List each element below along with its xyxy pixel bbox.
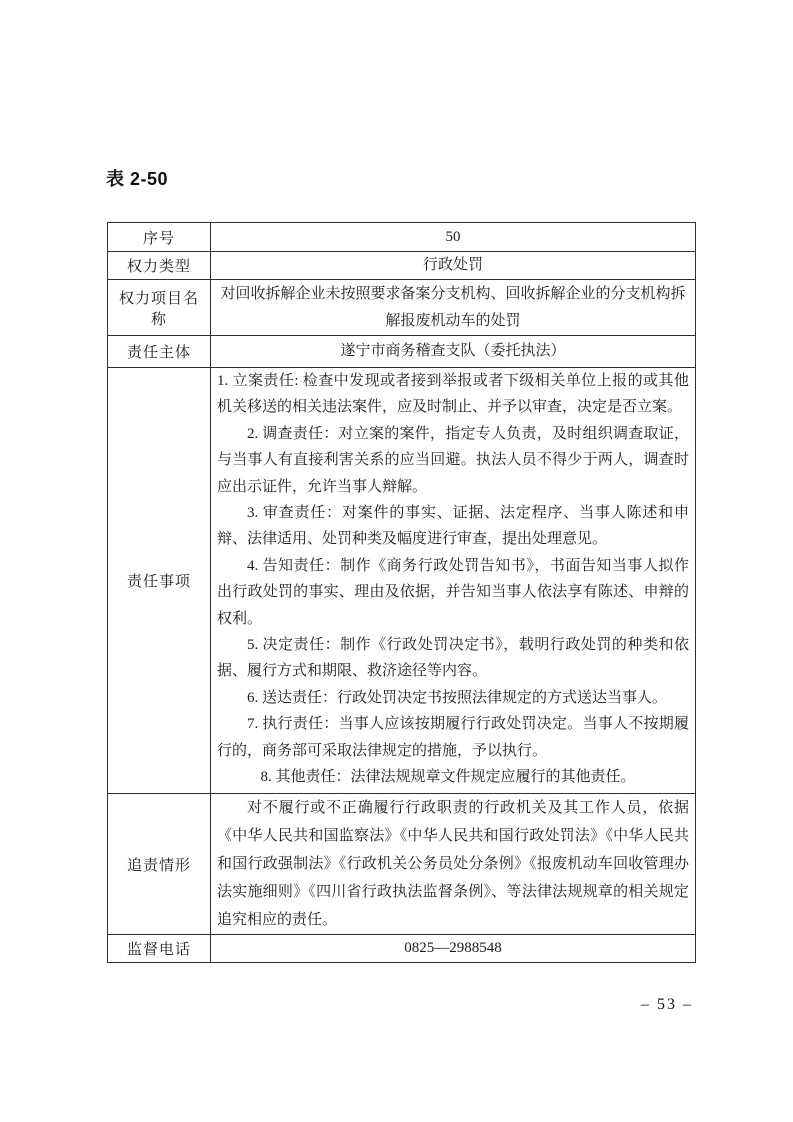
duty-item-3: 3. 审查责任：对案件的事实、证据、法定程序、当事人陈述和申辩、法律适用、处罚种…	[217, 500, 689, 553]
table-row-accountability: 追责情形 对不履行或不正确履行行政职责的行政机关及其工作人员，依据《中华人民共和…	[108, 794, 696, 935]
responsible-entity-value: 遂宁市商务稽查支队（委托执法）	[211, 336, 696, 368]
row-label-power-type: 权力类型	[108, 252, 211, 280]
duty-item-7: 7. 执行责任：当事人应该按期履行行政处罚决定。当事人不按期履行的，商务部可采取…	[217, 711, 689, 764]
serial-value: 50	[211, 223, 696, 252]
row-label-accountability: 追责情形	[108, 794, 211, 935]
power-responsibility-table: 序号 50 权力类型 行政处罚 权力项目名称 对回收拆解企业未按照要求备案分支机…	[107, 222, 696, 963]
table-caption: 表 2-50	[106, 165, 168, 191]
accountability-cell: 对不履行或不正确履行行政职责的行政机关及其工作人员，依据《中华人民共和国监察法》…	[211, 794, 696, 935]
table-row-duty-items: 责任事项 1. 立案责任: 检查中发现或者接到举报或者下级相关单位上报的或其他机…	[108, 368, 696, 794]
row-label-power-item-name: 权力项目名称	[108, 280, 211, 336]
table-row-serial: 序号 50	[108, 223, 696, 252]
page-number: – 53 –	[641, 996, 693, 1014]
power-type-value: 行政处罚	[211, 252, 696, 280]
duty-item-8: 8. 其他责任：法律法规规章文件规定应履行的其他责任。	[217, 764, 689, 790]
row-label-serial: 序号	[108, 223, 211, 252]
duty-items-cell: 1. 立案责任: 检查中发现或者接到举报或者下级相关单位上报的或其他机关移送的相…	[211, 368, 696, 794]
duty-item-5: 5. 决定责任：制作《行政处罚决定书》，载明行政处罚的种类和依据、履行方式和期限…	[217, 632, 689, 685]
power-item-name-value: 对回收拆解企业未按照要求备案分支机构、回收拆解企业的分支机构拆解报废机动车的处罚	[211, 280, 696, 336]
duty-item-2: 2. 调查责任：对立案的案件，指定专人负责，及时组织调查取证，与当事人有直接利害…	[217, 421, 689, 500]
duty-item-4: 4. 告知责任：制作《商务行政处罚告知书》，书面告知当事人拟作出行政处罚的事实、…	[217, 553, 689, 632]
duty-item-1: 1. 立案责任: 检查中发现或者接到举报或者下级相关单位上报的或其他机关移送的相…	[217, 368, 689, 421]
supervision-phone-value: 0825—2988548	[211, 935, 696, 963]
table-row-power-type: 权力类型 行政处罚	[108, 252, 696, 280]
duty-item-6: 6. 送达责任：行政处罚决定书按照法律规定的方式送达当事人。	[217, 685, 689, 711]
table-row-power-item-name: 权力项目名称 对回收拆解企业未按照要求备案分支机构、回收拆解企业的分支机构拆解报…	[108, 280, 696, 336]
row-label-responsible-entity: 责任主体	[108, 336, 211, 368]
table-row-responsible-entity: 责任主体 遂宁市商务稽查支队（委托执法）	[108, 336, 696, 368]
row-label-duty-items: 责任事项	[108, 368, 211, 794]
accountability-text: 对不履行或不正确履行行政职责的行政机关及其工作人员，依据《中华人民共和国监察法》…	[217, 794, 689, 934]
row-label-supervision-phone: 监督电话	[108, 935, 211, 963]
table-row-supervision-phone: 监督电话 0825—2988548	[108, 935, 696, 963]
